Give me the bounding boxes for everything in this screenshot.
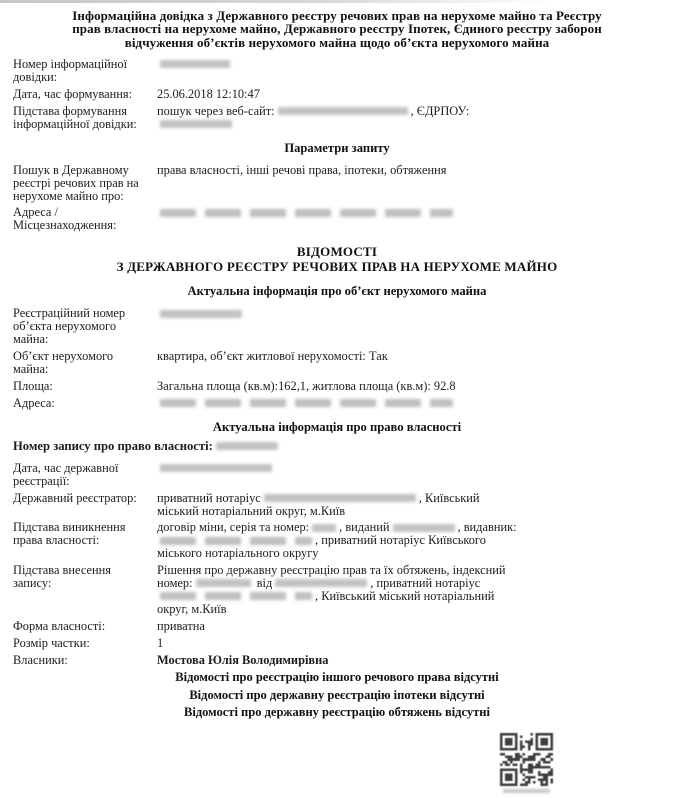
field-label: Державний реєстратор: xyxy=(13,492,157,518)
field-row: Адреса / Місцезнаходження: xyxy=(13,206,661,232)
heading-line: ВІДОМОСТІ xyxy=(0,245,674,260)
field-label: Підстава виникнення права власності: xyxy=(13,521,157,560)
ownership-fields: Дата, час державної реєстрації:Державний… xyxy=(0,462,674,667)
field-label: Дата, час формування: xyxy=(13,88,157,101)
field-value-text: Рішення про державну реєстрацію прав та … xyxy=(157,563,506,577)
query-params-heading: Параметри запиту xyxy=(0,141,674,155)
field-value: квартира, об’єкт житлової нерухомості: Т… xyxy=(157,350,607,376)
field-row: Підстава формування інформаційної довідк… xyxy=(13,105,661,131)
field-value: 25.06.2018 12:10:47 xyxy=(157,88,607,101)
field-label: Розмір частки: xyxy=(13,637,157,650)
field-value-text: 1 xyxy=(157,636,163,650)
field-label: Підстава формування інформаційної довідк… xyxy=(13,105,157,131)
field-row: Дата, час формування:25.06.2018 12:10:47 xyxy=(13,88,661,101)
field-row: Форма власності:приватна xyxy=(13,620,661,633)
field-value xyxy=(157,307,607,346)
field-value-text: Мостова Юлія Володимирівна xyxy=(157,653,328,667)
note-encumbrances: Відомості про державну реєстрацію обтяже… xyxy=(0,706,674,719)
field-value-text: округ, м.Київ xyxy=(157,602,226,616)
document-title-line: прав власності на нерухоме майно, Держав… xyxy=(0,22,674,35)
field-value-text: , Київський міський нотаріальний xyxy=(315,589,494,603)
field-label: Реєстраційний номер об’єкта нерухомого м… xyxy=(13,307,157,346)
field-value xyxy=(157,58,607,84)
redacted-text xyxy=(160,537,312,545)
field-label: Номер інформаційної довідки: xyxy=(13,58,157,84)
field-value-text: , виданий xyxy=(339,520,389,534)
qr-code-svg xyxy=(500,733,553,786)
redacted-text xyxy=(160,310,242,318)
field-value-text: Загальна площа (кв.м):162,1, житлова пло… xyxy=(157,379,456,393)
redacted-text xyxy=(196,579,251,587)
field-row: Власники:Мостова Юлія Володимирівна xyxy=(13,654,661,667)
ownership-record-number: Номер запису про право власності: xyxy=(0,440,674,453)
field-value: пошук через веб-сайт:, ЄДРПОУ: xyxy=(157,105,607,131)
field-row: Підстава виникнення права власності:дого… xyxy=(13,521,661,560)
field-value-text: договір міни, серія та номер: xyxy=(157,520,309,534)
field-label: Власники: xyxy=(13,654,157,667)
redacted-text xyxy=(160,592,312,600)
field-value-text: , ЄДРПОУ: xyxy=(411,104,470,118)
document-content: Інформаційна довідка з Державного реєстр… xyxy=(0,8,674,719)
field-value-text: права власності, інші речові права, іпот… xyxy=(157,163,446,177)
field-label: Підстава внесення запису: xyxy=(13,564,157,616)
field-value-text: , Київський xyxy=(419,491,480,505)
ownership-heading: Актуальна інформація про право власності xyxy=(0,420,674,434)
field-label: Адреса / Місцезнаходження: xyxy=(13,206,157,232)
field-value xyxy=(157,397,607,410)
redacted-text xyxy=(264,494,416,502)
redacted-text xyxy=(393,524,455,532)
redacted-text xyxy=(160,60,230,68)
redacted-text xyxy=(160,120,232,128)
field-value-text: , приватний нотаріус xyxy=(370,576,480,590)
field-value: 1 xyxy=(157,637,607,650)
query-params-fields: Пошук в Державному реєстрі речових прав … xyxy=(0,164,674,233)
field-row: Підстава внесення запису:Рішення про дер… xyxy=(13,564,661,616)
field-value-text: міський нотаріальний округ, м.Київ xyxy=(157,504,345,518)
redacted-text xyxy=(160,399,453,407)
field-value-text: квартира, об’єкт житлової нерухомості: Т… xyxy=(157,349,388,363)
object-info-heading: Актуальна інформація про об’єкт нерухомо… xyxy=(0,284,674,298)
redacted-text xyxy=(275,579,367,587)
page-top-edge xyxy=(0,0,552,3)
field-value: Рішення про державну реєстрацію прав та … xyxy=(157,564,607,616)
field-value xyxy=(157,206,607,232)
note-other-rights: Відомості про реєстрацію іншого речового… xyxy=(0,671,674,684)
header-fields: Номер інформаційної довідки:Дата, час фо… xyxy=(0,58,674,131)
document-title-line: Інформаційна довідка з Державного реєстр… xyxy=(0,9,674,22)
field-value-text: , приватний нотаріус Київського xyxy=(315,533,486,547)
field-row: Пошук в Державному реєстрі речових прав … xyxy=(13,164,661,203)
field-value-text: номер: xyxy=(157,576,193,590)
field-value-text: приватний нотаріус xyxy=(157,491,261,505)
field-label: Пошук в Державному реєстрі речових прав … xyxy=(13,164,157,203)
field-value-text: від xyxy=(254,576,273,590)
document-title: Інформаційна довідка з Державного реєстр… xyxy=(0,9,674,49)
field-value: приватна xyxy=(157,620,607,633)
field-row: Розмір частки:1 xyxy=(13,637,661,650)
heading-line: З ДЕРЖАВНОГО РЕЄСТРУ РЕЧОВИХ ПРАВ НА НЕР… xyxy=(0,260,674,275)
redacted-text xyxy=(216,442,278,450)
document-page: Інформаційна довідка з Державного реєстр… xyxy=(0,0,674,798)
redacted-text xyxy=(278,107,408,115)
heading-line: Актуальна інформація про право власності xyxy=(0,420,674,434)
field-label: Форма власності: xyxy=(13,620,157,633)
field-value: приватний нотаріус, Київськийміський нот… xyxy=(157,492,607,518)
qr-code-icon xyxy=(500,733,553,786)
field-value: права власності, інші речові права, іпот… xyxy=(157,164,607,203)
field-value: Мостова Юлія Володимирівна xyxy=(157,654,607,667)
field-label: Об’єкт нерухомого майна: xyxy=(13,350,157,376)
field-row: Номер інформаційної довідки: xyxy=(13,58,661,84)
field-label-bold: Номер запису про право власності: xyxy=(13,439,213,453)
field-value: договір міни, серія та номер:, виданий, … xyxy=(157,521,607,560)
field-label: Адреса: xyxy=(13,397,157,410)
field-value-text: пошук через веб-сайт: xyxy=(157,104,275,118)
field-label: Дата, час державної реєстрації: xyxy=(13,462,157,488)
field-row: Реєстраційний номер об’єкта нерухомого м… xyxy=(13,307,661,346)
redacted-text xyxy=(160,209,453,217)
field-value-text: 25.06.2018 12:10:47 xyxy=(157,87,260,101)
redacted-text xyxy=(160,464,272,472)
field-row: Державний реєстратор:приватний нотаріус,… xyxy=(13,492,661,518)
heading-line: Актуальна інформація про об’єкт нерухомо… xyxy=(0,284,674,298)
field-row: Адреса: xyxy=(13,397,661,410)
field-row: Об’єкт нерухомого майна:квартира, об’єкт… xyxy=(13,350,661,376)
heading-line: Параметри запиту xyxy=(0,141,674,155)
field-value-text: міського нотаріального округу xyxy=(157,546,319,560)
document-title-line: відчуження об’єктів нерухомого майна щод… xyxy=(0,36,674,49)
field-value-text: , видавник: xyxy=(458,520,517,534)
field-row: Площа:Загальна площа (кв.м):162,1, житло… xyxy=(13,380,661,393)
object-fields: Реєстраційний номер об’єкта нерухомого м… xyxy=(0,307,674,409)
registry-info-heading: ВІДОМОСТІЗ ДЕРЖАВНОГО РЕЄСТРУ РЕЧОВИХ ПР… xyxy=(0,245,674,274)
field-row: Дата, час державної реєстрації: xyxy=(13,462,661,488)
note-mortgage: Відомості про державну реєстрацію іпотек… xyxy=(0,689,674,702)
qr-caption-redacted xyxy=(503,789,550,793)
redacted-text xyxy=(312,524,336,532)
field-value-text: приватна xyxy=(157,619,205,633)
field-value: Загальна площа (кв.м):162,1, житлова пло… xyxy=(157,380,607,393)
field-value xyxy=(157,462,607,488)
field-label: Площа: xyxy=(13,380,157,393)
